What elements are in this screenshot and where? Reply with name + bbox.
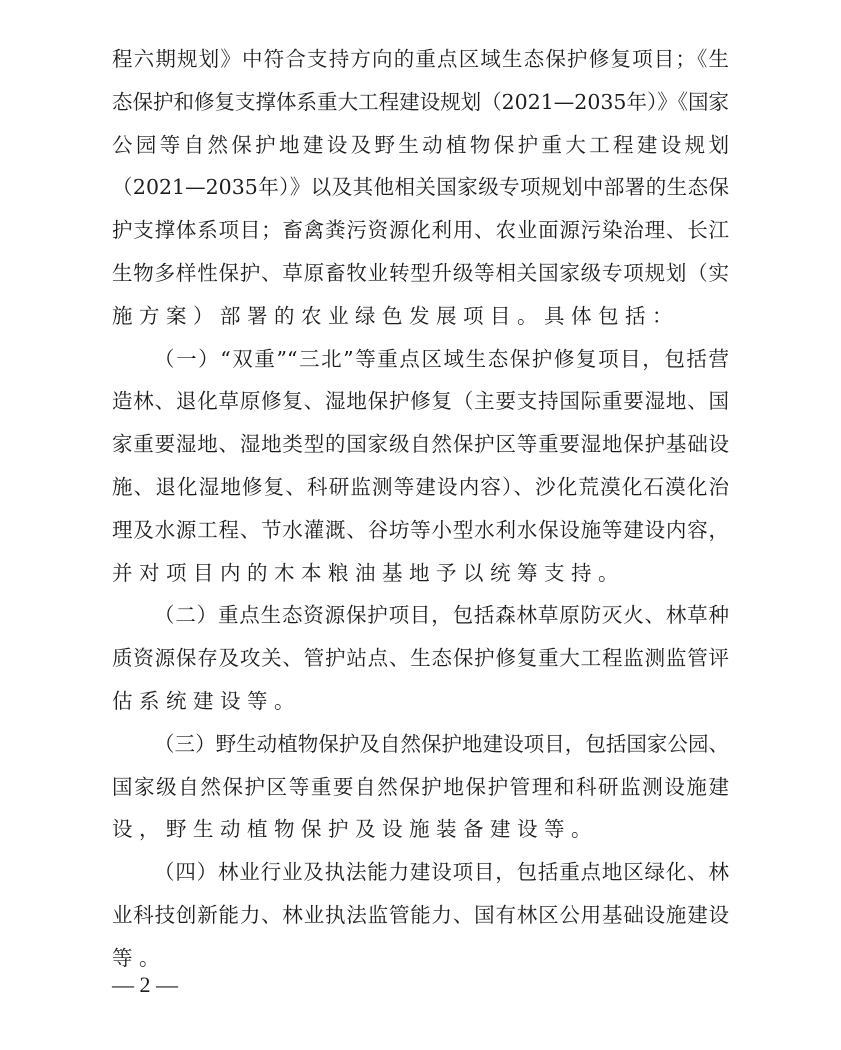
paragraph-item-1: （一）“双重”“三北”等重点区域生态保护修复项目，包括营 造林、退化草原修复、湿…: [112, 338, 729, 595]
text-line: 态保护和修复支撑体系重大工程建设规划（2021—2035年）》《国家: [112, 81, 729, 124]
text-line: 质资源保存及攻关、管护站点、生态保护修复重大工程监测监管评: [112, 637, 729, 680]
text-line: 家重要湿地、湿地类型的国家级自然保护区等重要湿地保护基础设: [112, 423, 729, 466]
text-line: 造林、退化草原修复、湿地保护修复（主要支持国际重要湿地、国: [112, 380, 729, 423]
text-line: 施、退化湿地修复、科研监测等建设内容）、沙化荒漠化石漠化治: [112, 466, 729, 509]
page-number: — 2 —: [112, 970, 178, 1000]
document-page: 程六期规划》中符合支持方向的重点区域生态保护修复项目；《生 态保护和修复支撑体系…: [0, 0, 841, 1050]
paragraph-intro-continued: 程六期规划》中符合支持方向的重点区域生态保护修复项目；《生 态保护和修复支撑体系…: [112, 38, 729, 338]
text-line: 设，野生动植物保护及设施装备建设等。: [112, 808, 729, 851]
text-line: 估系统建设等。: [112, 680, 729, 723]
paragraph-item-2: （二）重点生态资源保护项目，包括森林草原防灭火、林草种 质资源保存及攻关、管护站…: [112, 594, 729, 722]
text-line: 程六期规划》中符合支持方向的重点区域生态保护修复项目；《生: [112, 38, 729, 81]
text-line: 国家级自然保护区等重要自然保护地保护管理和科研监测设施建: [112, 766, 729, 809]
paragraph-item-3: （三）野生动植物保护及自然保护地建设项目，包括国家公园、 国家级自然保护区等重要…: [112, 723, 729, 851]
text-line: （一）“双重”“三北”等重点区域生态保护修复项目，包括营: [112, 338, 729, 381]
text-line: 业科技创新能力、林业执法监管能力、国有林区公用基础设施建设: [112, 894, 729, 937]
paragraph-item-4: （四）林业行业及执法能力建设项目，包括重点地区绿化、林 业科技创新能力、林业执法…: [112, 851, 729, 979]
text-line: 等。: [112, 937, 729, 980]
text-line: （四）林业行业及执法能力建设项目，包括重点地区绿化、林: [112, 851, 729, 894]
text-line: （2021—2035年）》以及其他相关国家级专项规划中部署的生态保: [112, 166, 729, 209]
text-line: 施方案）部署的农业绿色发展项目。具体包括：: [112, 295, 729, 338]
text-line: 并对项目内的木本粮油基地予以统筹支持。: [112, 552, 729, 595]
text-line: 理及水源工程、节水灌溉、谷坊等小型水利水保设施等建设内容，: [112, 509, 729, 552]
text-line: 公园等自然保护地建设及野生动植物保护重大工程建设规划: [112, 124, 729, 167]
text-line: （三）野生动植物保护及自然保护地建设项目，包括国家公园、: [112, 723, 729, 766]
text-line: 生物多样性保护、草原畜牧业转型升级等相关国家级专项规划（实: [112, 252, 729, 295]
text-line: （二）重点生态资源保护项目，包括森林草原防灭火、林草种: [112, 594, 729, 637]
text-line: 护支撑体系项目；畜禽粪污资源化利用、农业面源污染治理、长江: [112, 209, 729, 252]
document-body: 程六期规划》中符合支持方向的重点区域生态保护修复项目；《生 态保护和修复支撑体系…: [112, 38, 729, 980]
